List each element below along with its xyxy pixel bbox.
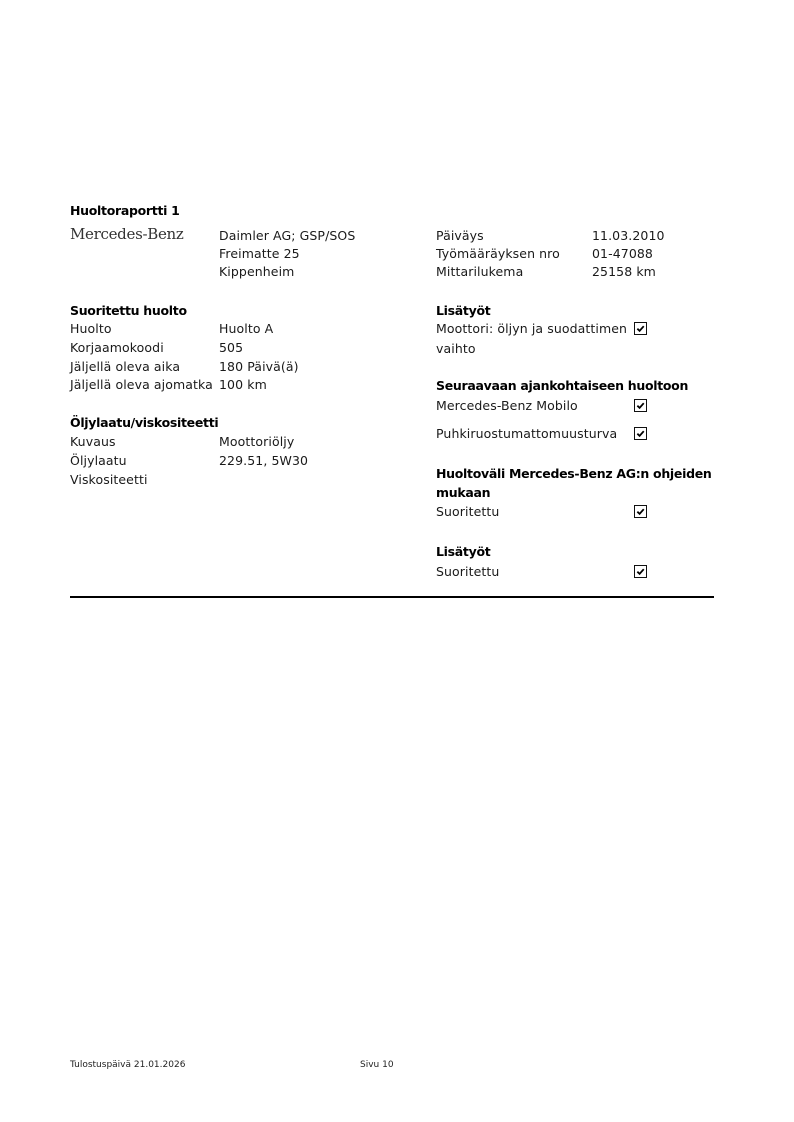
section-heading: Öljylaatu/viskositeetti [70, 414, 218, 433]
row-label: Viskositeetti [70, 471, 148, 490]
address-line: Kippenheim [219, 263, 294, 282]
section-heading: Suoritettu huolto [70, 302, 187, 321]
row-value: Huolto A [219, 320, 273, 339]
checkbox-checked[interactable] [634, 565, 647, 578]
report-title: Huoltoraportti 1 [70, 202, 180, 221]
row-value: 180 Päivä(ä) [219, 358, 299, 377]
check-icon [636, 567, 645, 576]
meta-value-order: 01-47088 [592, 245, 653, 264]
meta-value-odometer: 25158 km [592, 263, 656, 282]
service-report-page: Huoltoraportti 1 Mercedes-Benz Daimler A… [0, 0, 794, 1122]
row-value: 229.51, 5W30 [219, 452, 308, 471]
checkbox-checked[interactable] [634, 427, 647, 440]
item-label: Moottori: öljyn ja suodattimen [436, 320, 627, 339]
section-heading: Lisätyöt [436, 543, 490, 562]
item-label: Mercedes-Benz Mobilo [436, 397, 578, 416]
item-label: Suoritettu [436, 563, 499, 582]
row-label: Korjaamokoodi [70, 339, 164, 358]
row-label: Jäljellä oleva aika [70, 358, 180, 377]
row-label: Öljylaatu [70, 452, 127, 471]
checkbox-checked[interactable] [634, 322, 647, 335]
section-heading: Huoltoväli Mercedes-Benz AG:n ohjeiden [436, 465, 712, 484]
checkbox-checked[interactable] [634, 505, 647, 518]
meta-label-order: Työmääräyksen nro [436, 245, 560, 264]
section-heading: Lisätyöt [436, 302, 490, 321]
check-icon [636, 401, 645, 410]
meta-label-date: Päiväys [436, 227, 484, 246]
address-line: Daimler AG; GSP/SOS [219, 227, 355, 246]
check-icon [636, 507, 645, 516]
row-label: Huolto [70, 320, 112, 339]
section-heading: Seuraavaan ajankohtaiseen huoltoon [436, 377, 688, 396]
item-label-cont: vaihto [436, 340, 476, 359]
row-value: 505 [219, 339, 243, 358]
meta-label-odometer: Mittarilukema [436, 263, 523, 282]
check-icon [636, 324, 645, 333]
item-label: Puhkiruostumattomuusturva [436, 425, 617, 444]
address-line: Freimatte 25 [219, 245, 300, 264]
check-icon [636, 429, 645, 438]
row-label: Kuvaus [70, 433, 116, 452]
item-label: Suoritettu [436, 503, 499, 522]
section-divider [70, 596, 714, 598]
row-value: Moottoriöljy [219, 433, 294, 452]
page-number: Sivu 10 [360, 1060, 394, 1070]
section-heading-cont: mukaan [436, 484, 490, 503]
mercedes-benz-logo: Mercedes-Benz [70, 225, 184, 243]
print-date: Tulostuspäivä 21.01.2026 [70, 1060, 185, 1070]
row-value: 100 km [219, 376, 267, 395]
meta-value-date: 11.03.2010 [592, 227, 665, 246]
checkbox-checked[interactable] [634, 399, 647, 412]
row-label: Jäljellä oleva ajomatka [70, 376, 213, 395]
